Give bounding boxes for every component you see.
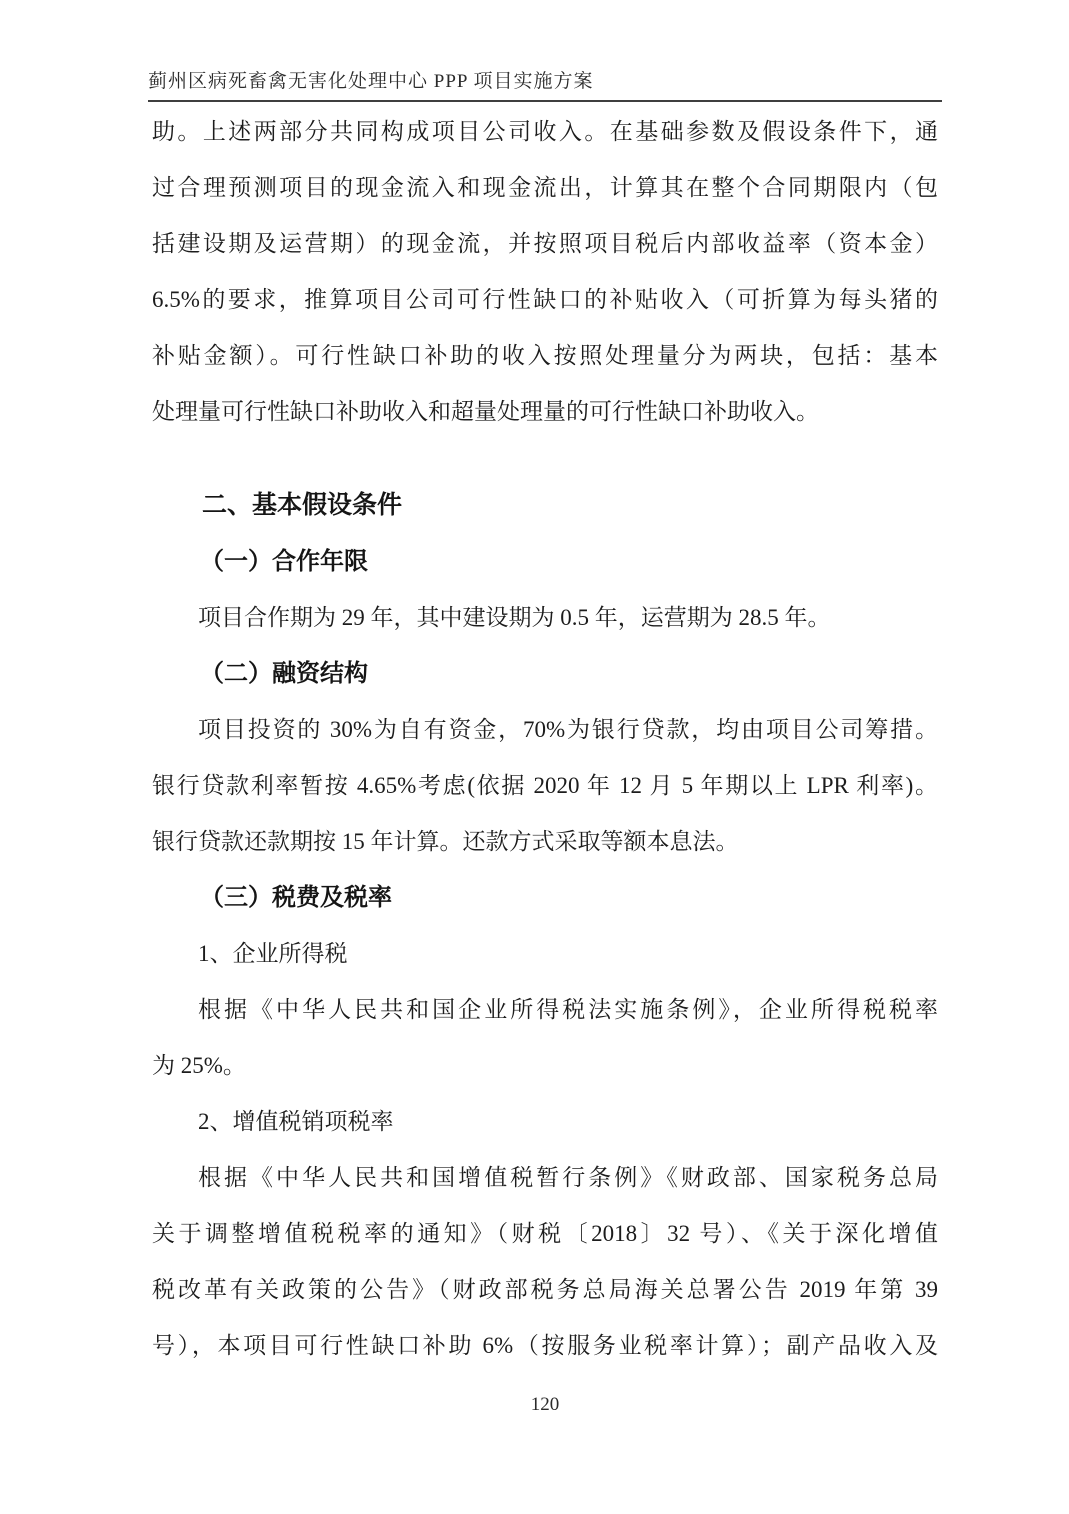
page-number: 120	[531, 1394, 560, 1415]
text-line: 银行贷款利率暂按 4.65%考虑(依据 2020 年 12 月 5 年期以上 L…	[152, 758, 938, 814]
text-line: 根据《中华人民共和国增值税暂行条例》《财政部、国家税务总局	[152, 1150, 938, 1206]
subsection-heading: （一）合作年限	[152, 534, 938, 590]
text-line: 过合理预测项目的现金流入和现金流出，计算其在整个合同期限内（包	[152, 160, 938, 216]
subsection-heading: （三）税费及税率	[152, 870, 938, 926]
page-footer: 120	[152, 1394, 938, 1416]
text-line: 项目投资的 30%为自有资金，70%为银行贷款，均由项目公司筹措。	[152, 702, 938, 758]
section-heading: 二、基本假设条件	[152, 478, 938, 534]
text-line: 补贴金额）。可行性缺口补助的收入按照处理量分为两块，包括：基本	[152, 328, 938, 384]
paragraph: 1、企业所得税	[152, 926, 938, 982]
paragraph: 根据《中华人民共和国增值税暂行条例》《财政部、国家税务总局关于调整增值税税率的通…	[152, 1150, 938, 1374]
text-line: 为 25%。	[152, 1038, 938, 1094]
paragraph: 项目合作期为 29 年，其中建设期为 0.5 年，运营期为 28.5 年。	[152, 590, 938, 646]
text-line: 号），本项目可行性缺口补助 6%（按服务业税率计算）；副产品收入及	[152, 1318, 938, 1374]
paragraph: 助。上述两部分共同构成项目公司收入。在基础参数及假设条件下，通过合理预测项目的现…	[152, 104, 938, 440]
text-line: 项目合作期为 29 年，其中建设期为 0.5 年，运营期为 28.5 年。	[152, 590, 938, 646]
page-header: 蓟州区病死畜禽无害化处理中心 PPP 项目实施方案	[148, 66, 942, 102]
text-line: 根据《中华人民共和国企业所得税法实施条例》，企业所得税税率	[152, 982, 938, 1038]
text-line: 银行贷款还款期按 15 年计算。还款方式采取等额本息法。	[152, 814, 938, 870]
paragraph: 根据《中华人民共和国企业所得税法实施条例》，企业所得税税率为 25%。	[152, 982, 938, 1094]
text-line: 1、企业所得税	[152, 926, 938, 982]
text-line: 关于调整增值税税率的通知》（财税〔2018〕32 号）、《关于深化增值	[152, 1206, 938, 1262]
text-line: 2、增值税销项税率	[152, 1094, 938, 1150]
paragraph: 2、增值税销项税率	[152, 1094, 938, 1150]
paragraph: 项目投资的 30%为自有资金，70%为银行贷款，均由项目公司筹措。银行贷款利率暂…	[152, 702, 938, 870]
text-line: 税改革有关政策的公告》（财政部税务总局海关总署公告 2019 年第 39	[152, 1262, 938, 1318]
text-line: 处理量可行性缺口补助收入和超量处理量的可行性缺口补助收入。	[152, 384, 938, 440]
text-line: 6.5%的要求，推算项目公司可行性缺口的补贴收入（可折算为每头猪的	[152, 272, 938, 328]
text-line: 括建设期及运营期）的现金流，并按照项目税后内部收益率（资本金）	[152, 216, 938, 272]
document-body: 助。上述两部分共同构成项目公司收入。在基础参数及假设条件下，通过合理预测项目的现…	[152, 104, 938, 1374]
header-title: 蓟州区病死畜禽无害化处理中心 PPP 项目实施方案	[148, 66, 942, 93]
subsection-heading: （二）融资结构	[152, 646, 938, 702]
document-page: 蓟州区病死畜禽无害化处理中心 PPP 项目实施方案 助。上述两部分共同构成项目公…	[0, 0, 1069, 1514]
text-line: 助。上述两部分共同构成项目公司收入。在基础参数及假设条件下，通	[152, 104, 938, 160]
